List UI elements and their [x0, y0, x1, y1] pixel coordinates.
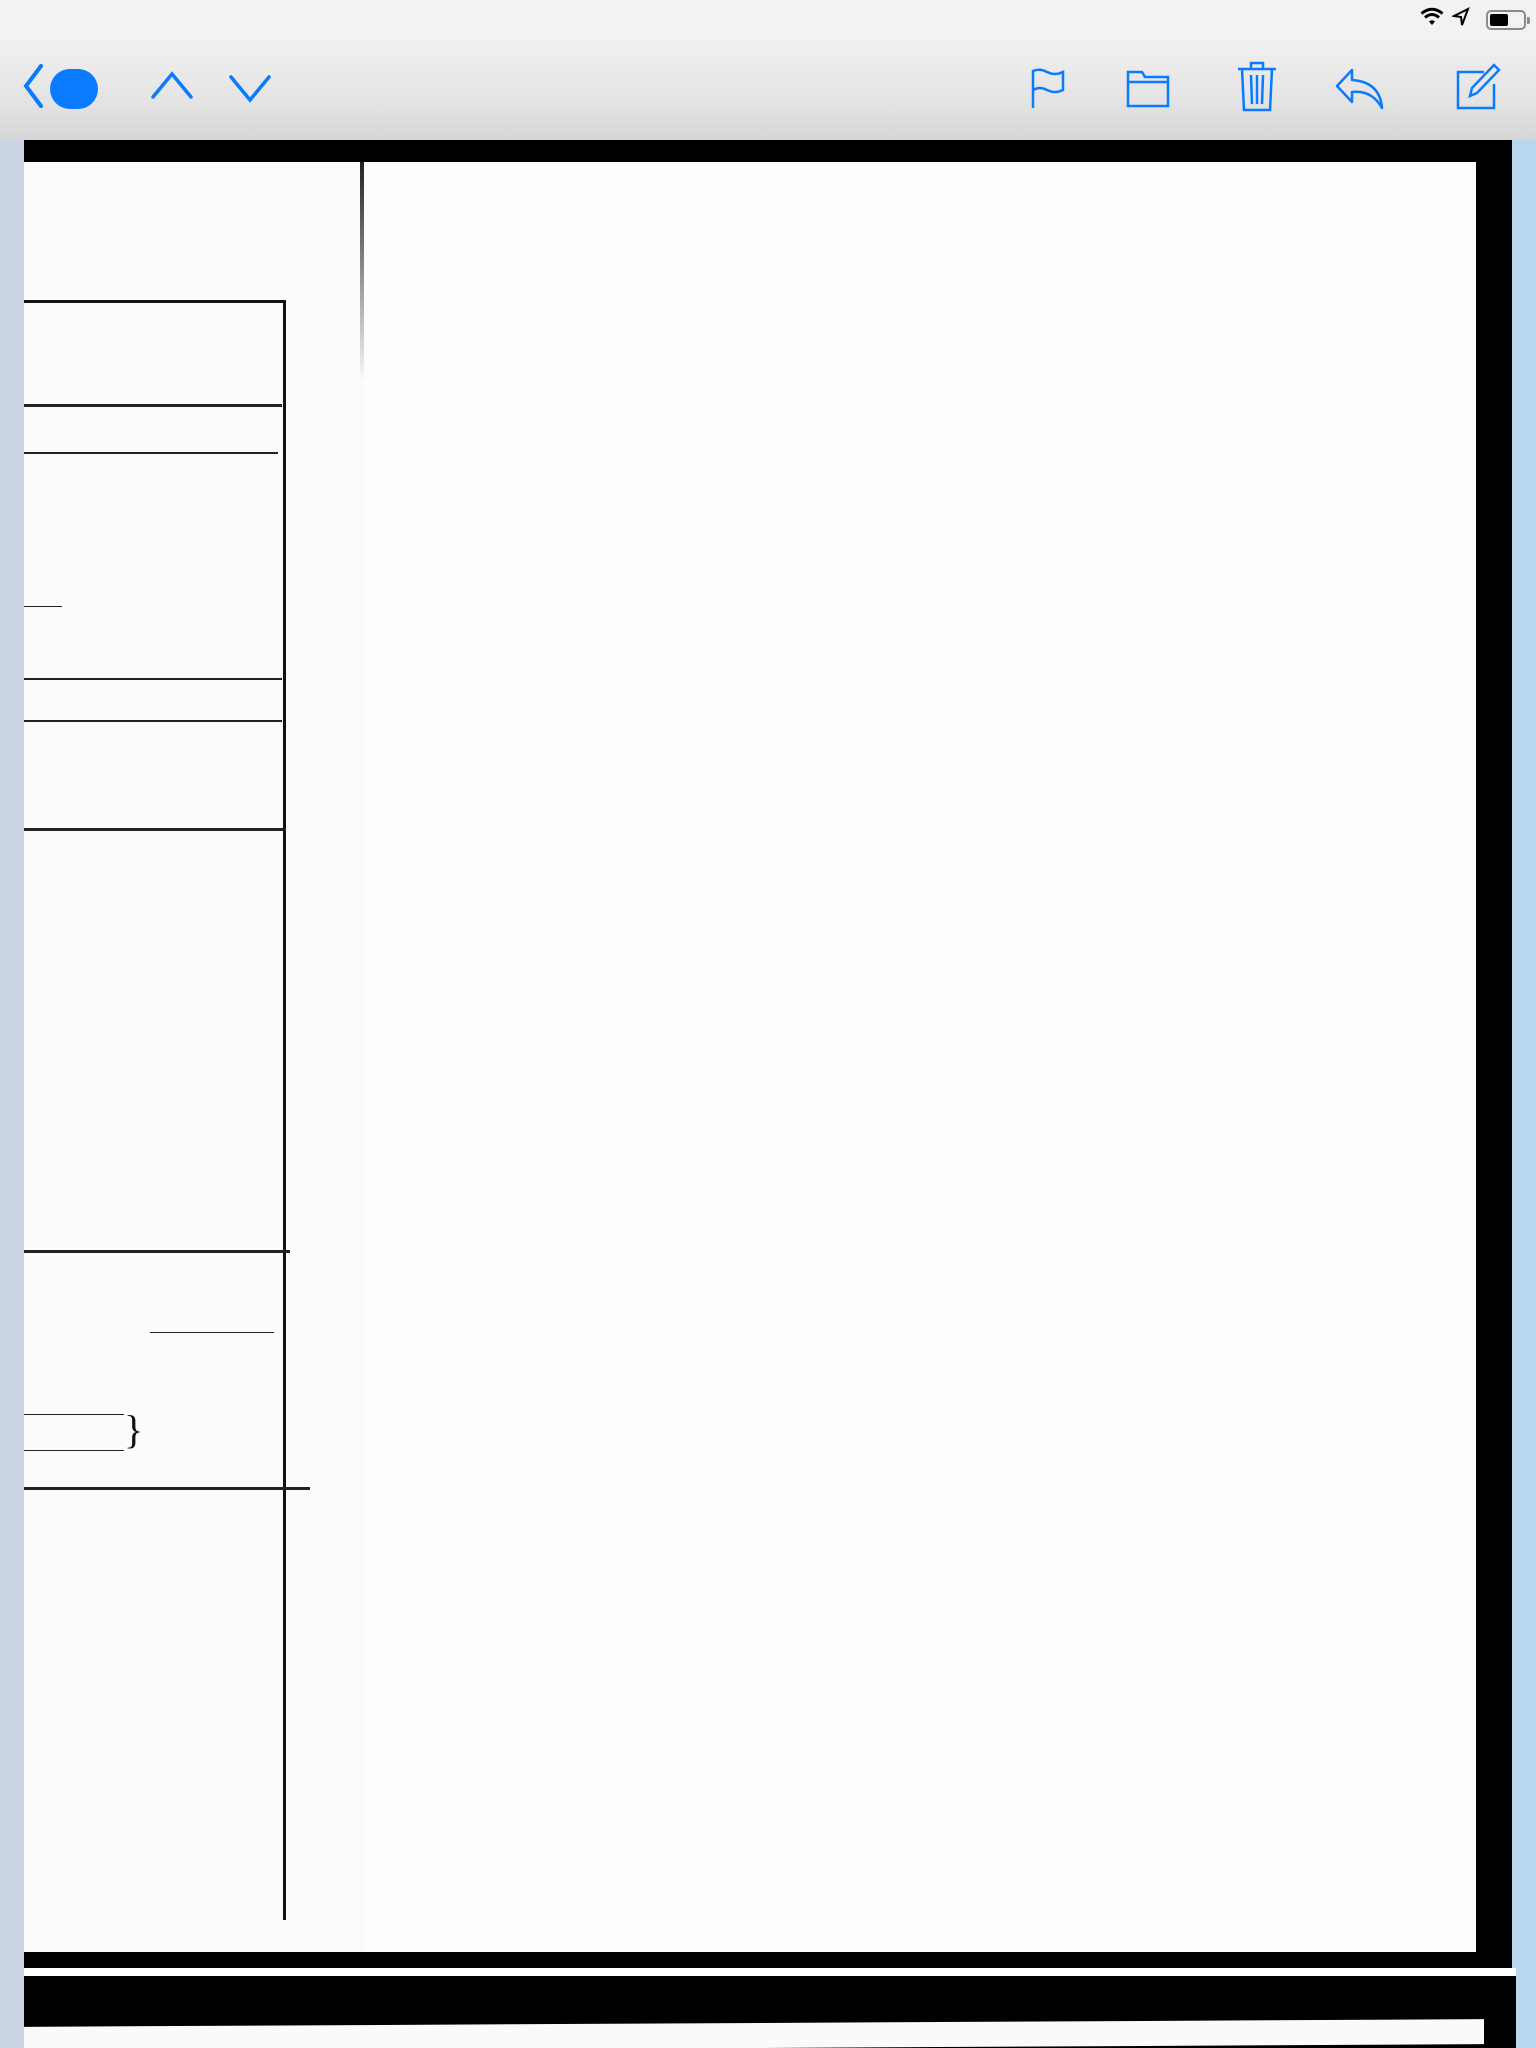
page-gutter: [360, 162, 364, 382]
divider: [24, 678, 282, 680]
consider-blank: [150, 1332, 274, 1333]
divider: [24, 1250, 290, 1253]
previous-message-button[interactable]: [150, 70, 194, 100]
folder-icon: [1126, 68, 1170, 108]
recruiting-line-1: [24, 1414, 124, 1415]
flag-button[interactable]: [1030, 68, 1066, 110]
unread-count-badge: [50, 69, 98, 109]
status-bar: [0, 0, 1536, 40]
compose-button[interactable]: [1454, 62, 1502, 112]
divider: [24, 828, 286, 831]
divider: [24, 1487, 310, 1490]
divider: [24, 404, 282, 407]
wifi-icon: [1420, 6, 1444, 33]
location-arrow-icon: [1452, 6, 1470, 33]
next-message-button[interactable]: [228, 74, 272, 104]
chevron-down-icon: [228, 74, 272, 104]
compose-icon: [1454, 62, 1502, 112]
trash-icon: [1236, 60, 1278, 112]
reply-button[interactable]: [1334, 68, 1386, 110]
document-right-page[interactable]: [364, 162, 1476, 1952]
trash-button[interactable]: [1236, 60, 1278, 112]
recruiting-line-2: [24, 1450, 124, 1451]
inches-underline: [24, 606, 62, 607]
chevron-up-icon: [150, 70, 194, 100]
attachment-separator: [24, 1968, 1516, 1976]
left-page-box: [24, 300, 286, 1920]
battery-icon: [1486, 10, 1526, 30]
back-chevron-icon: [22, 64, 44, 113]
status-indicators: [1420, 6, 1526, 33]
mail-toolbar: [0, 40, 1536, 140]
move-to-folder-button[interactable]: [1126, 68, 1170, 108]
back-button[interactable]: [22, 64, 98, 113]
divider: [24, 720, 282, 722]
divider: [24, 452, 278, 454]
flag-icon: [1030, 68, 1066, 110]
reply-icon: [1334, 68, 1386, 110]
brace: }: [124, 1406, 143, 1453]
